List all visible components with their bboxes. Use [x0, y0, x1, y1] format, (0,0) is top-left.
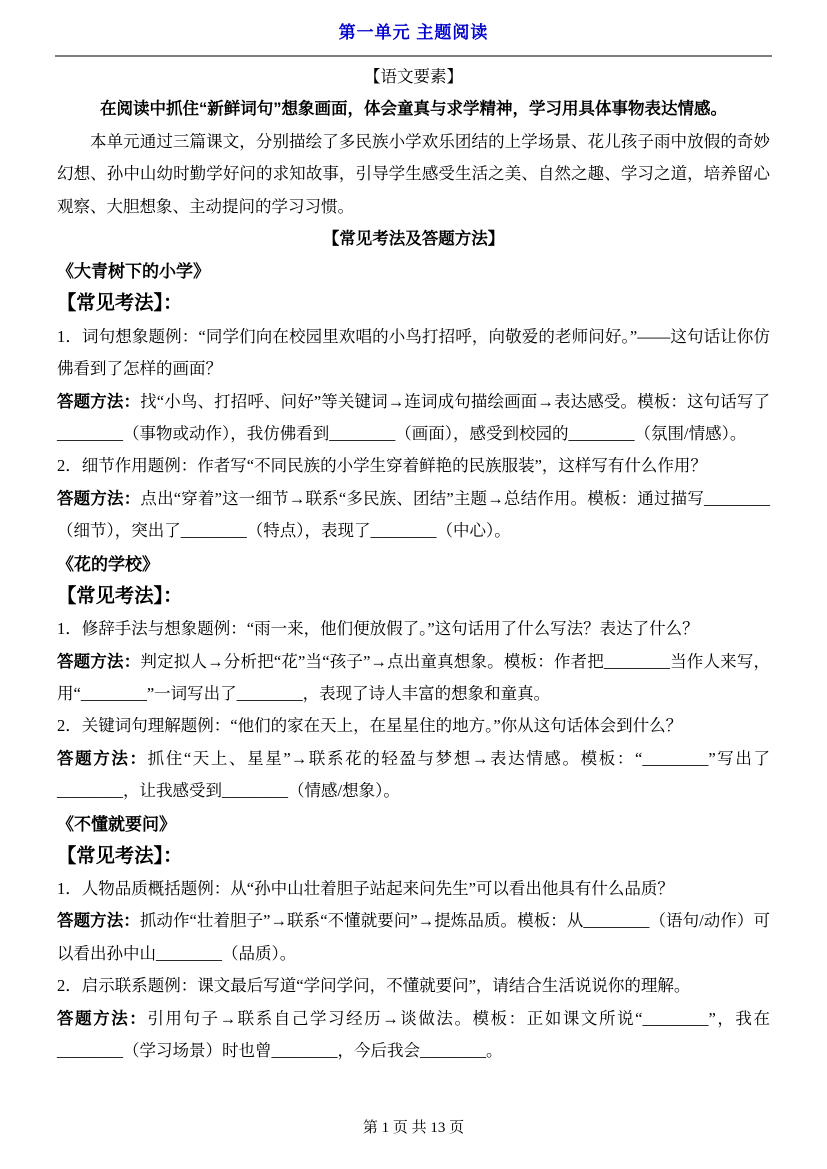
question-item: 2．细节作用题例：作者写“不同民族的小学生穿着鲜艳的民族服装”，这样写有什么作用…: [57, 450, 770, 482]
essence-statement: 在阅读中抓住“新鲜词句”想象画面，体会童真与求学精神，学习用具体事物表达情感。: [57, 93, 770, 125]
lesson-title: 《大青树下的小学》: [57, 255, 770, 288]
answer-text: 引用句子→联系自己学习经历→谈做法。模板：正如课文所说“________”，我在…: [57, 1009, 770, 1060]
lesson-section-budongjiuyaowen: 《不懂就要问》 【常见考法】： 1．人物品质概括题例：从“孙中山壮着胆子站起来问…: [57, 808, 770, 1068]
lesson-section-huadexuexiao: 《花的学校》 【常见考法】： 1．修辞手法与想象题例：“雨一来，他们便放假了。”…: [57, 548, 770, 808]
document-page: 第一单元 主题阅读 【语文要素】 在阅读中抓住“新鲜词句”想象画面，体会童真与求…: [0, 0, 827, 1169]
lesson-title: 《不懂就要问》: [57, 808, 770, 841]
answer-label: 答题方法：: [57, 393, 140, 411]
header-divider: [55, 55, 772, 57]
answer-label: 答题方法：: [57, 912, 140, 930]
lesson-subheader: 【常见考法】：: [57, 841, 770, 873]
answer-item: 答题方法：抓动作“壮着胆子”→联系“不懂就要问”→提炼品质。模板：从______…: [57, 905, 770, 970]
question-item: 2．启示联系题例：课文最后写道“学问学问，不懂就要问”，请结合生活说说你的理解。: [57, 970, 770, 1002]
answer-text: 找“小鸟、打招呼、问好”等关键词→连词成句描绘画面→表达感受。模板：这句话写了_…: [57, 392, 770, 443]
question-item: 2．关键词句理解题例：“他们的家在天上，在星星住的地方。”你从这句话体会到什么？: [57, 710, 770, 742]
answer-item: 答题方法：抓住“天上、星星”→联系花的轻盈与梦想→表达情感。模板：“______…: [57, 743, 770, 808]
answer-item: 答题方法：引用句子→联系自己学习经历→谈做法。模板：正如课文所说“_______…: [57, 1003, 770, 1068]
lesson-title: 《花的学校》: [57, 548, 770, 581]
answer-text: 点出“穿着”这一细节→联系“多民族、团结”主题→总结作用。模板：通过描写____…: [57, 489, 770, 540]
answer-item: 答题方法：点出“穿着”这一细节→联系“多民族、团结”主题→总结作用。模板：通过描…: [57, 483, 770, 548]
intro-paragraph: 本单元通过三篇课文，分别描绘了多民族小学欢乐团结的上学场景、花儿孩子雨中放假的奇…: [57, 126, 770, 223]
answer-label: 答题方法：: [57, 653, 140, 671]
lesson-section-daqingshu: 《大青树下的小学》 【常见考法】： 1．词句想象题例：“同学们向在校园里欢唱的小…: [57, 255, 770, 547]
page-footer: 第 1 页 共 13 页: [0, 1117, 827, 1139]
answer-text: 判定拟人→分析把“花”当“孩子”→点出童真想象。模板：作者把________当作…: [57, 652, 770, 703]
page-title: 第一单元 主题阅读: [57, 20, 770, 46]
lesson-subheader: 【常见考法】：: [57, 581, 770, 613]
question-item: 1．人物品质概括题例：从“孙中山壮着胆子站起来问先生”可以看出他具有什么品质？: [57, 873, 770, 905]
answer-text: 抓动作“壮着胆子”→联系“不懂就要问”→提炼品质。模板：从________（语句…: [57, 911, 770, 962]
lesson-subheader: 【常见考法】：: [57, 288, 770, 320]
answer-label: 答题方法：: [57, 1010, 147, 1028]
essence-header: 【语文要素】: [57, 61, 770, 93]
answer-label: 答题方法：: [57, 750, 148, 768]
answer-label: 答题方法：: [57, 490, 140, 508]
answer-item: 答题方法：找“小鸟、打招呼、问好”等关键词→连词成句描绘画面→表达感受。模板：这…: [57, 386, 770, 451]
answer-text: 抓住“天上、星星”→联系花的轻盈与梦想→表达情感。模板：“________”写出…: [57, 749, 770, 800]
question-item: 1．修辞手法与想象题例：“雨一来，他们便放假了。”这句话用了什么写法？表达了什么…: [57, 613, 770, 645]
answer-item: 答题方法：判定拟人→分析把“花”当“孩子”→点出童真想象。模板：作者把_____…: [57, 646, 770, 711]
question-item: 1．词句想象题例：“同学们向在校园里欢唱的小鸟打招呼，向敬爱的老师问好。”——这…: [57, 321, 770, 386]
methods-header: 【常见考法及答题方法】: [57, 223, 770, 255]
